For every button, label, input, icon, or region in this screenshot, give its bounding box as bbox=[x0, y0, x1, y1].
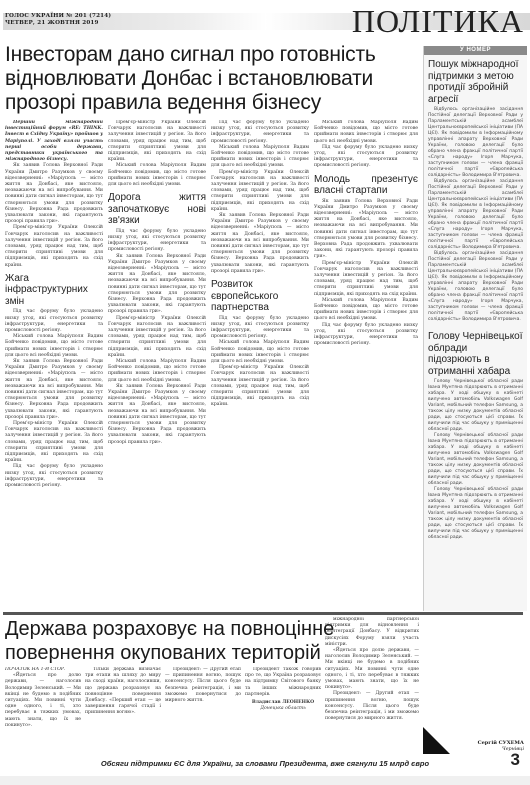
article-paragraph: Як заявив Голова Верховної Ради України … bbox=[108, 254, 206, 316]
article-paragraph: Міський голова Маріуполя Вадим Бойченко … bbox=[211, 145, 309, 170]
article-paragraph: Під час форуму було укладено низку угод,… bbox=[314, 323, 418, 348]
article-paragraph: «Йдеться про долю держави, — наголосив В… bbox=[5, 673, 81, 729]
article-paragraph: Під час форуму було укладено низку угод,… bbox=[5, 464, 103, 489]
sidebar-text: Голову Чернівецької обласної ради Івана … bbox=[424, 379, 527, 541]
article-paragraph: Прем'єр-міністр України Олексій Гончарук… bbox=[5, 225, 103, 268]
article-paragraph: Під час форуму було укладено низку угод,… bbox=[5, 309, 103, 334]
article-paragraph: Як заявив Голова Верховної Ради України … bbox=[314, 199, 418, 261]
sidebar-text: Відбулось організаційне засідання Постій… bbox=[424, 107, 527, 323]
article-paragraph: Під час форуму було укладено низку угод,… bbox=[108, 229, 206, 254]
footer-quote: Обсяги підтримки ЄС для України, за слов… bbox=[0, 759, 530, 768]
sidebar-tag: У НОМЕР bbox=[424, 46, 527, 55]
second-article-column-1: ПОЧАТОК НА 1-Й СТОР. «Йдеться про долю д… bbox=[5, 667, 81, 755]
article-paragraph: Як заявив Голова Верховної Ради України … bbox=[108, 384, 206, 446]
article-paragraph: Прем'єр-міністр України Олексій Гончарук… bbox=[211, 170, 309, 213]
subheading: Молодь презентує власні стартапи bbox=[314, 174, 418, 197]
masthead-info: ГОЛОС УКРАЇНИ № 201 (7214) ЧЕТВЕР, 21 ЖО… bbox=[3, 13, 268, 30]
article-paragraph: Міський голова Маріуполя Вадим Бойченко … bbox=[108, 359, 206, 384]
main-headline: Інвесторам дано сигнал про готовність ві… bbox=[5, 43, 415, 115]
sidebar-paragraph: Відбулось організаційне засідання Постій… bbox=[428, 107, 523, 179]
subheading: Жага інфраструктурних змін bbox=[5, 273, 103, 308]
section-divider bbox=[3, 612, 523, 615]
article-lead: Перший міжнародний інвестиційний форум «… bbox=[5, 120, 103, 163]
sidebar-headline: Голову Чернівецької облради підозрюють в… bbox=[424, 323, 527, 379]
second-article-column-4: Президент також говорив про те, що Украї… bbox=[245, 667, 321, 755]
article-paragraph: Під час форуму було укладено низку угод,… bbox=[211, 120, 309, 145]
second-article-column-3: Президент: — Другий етап — припинення во… bbox=[165, 667, 241, 755]
second-article-column-2: Тільки держава визначає три етапи на шля… bbox=[85, 667, 161, 755]
date-line: ЧЕТВЕР, 21 ЖОВТНЯ 2019 bbox=[3, 20, 268, 27]
article-paragraph: Міський голова Маріуполя Вадим Бойченко … bbox=[211, 340, 309, 365]
article-paragraph: Як заявив Голова Верховної Ради України … bbox=[5, 359, 103, 421]
article-paragraph: Міський голова Маріуполя Вадим Бойченко … bbox=[108, 163, 206, 188]
bottom-band bbox=[0, 776, 530, 785]
issue-line: ГОЛОС УКРАЇНИ № 201 (7214) bbox=[3, 13, 268, 20]
subheading: Дорога життя започатковує нові зв'язки bbox=[108, 192, 206, 227]
article-paragraph: Прем'єр-міністр України Олексій Гончарук… bbox=[211, 365, 309, 408]
subheading: Розвиток європейського партнерства bbox=[211, 279, 309, 314]
article-paragraph: Тільки держава визначає три етапи на шля… bbox=[85, 667, 161, 717]
byline-place: Донецька область bbox=[245, 706, 321, 712]
article-paragraph: Під час форуму було укладено низку угод,… bbox=[211, 316, 309, 341]
section-title: ПОЛІТИКА bbox=[352, 6, 524, 36]
article-paragraph: Міський голова Маріуполя Вадим Бойченко … bbox=[314, 298, 418, 323]
article-paragraph: міжнародної партнерської підтримки для в… bbox=[325, 617, 419, 648]
page-number: 3 bbox=[511, 750, 520, 770]
sidebar-in-this-issue: У НОМЕР Пошук міжнародної підтримки з ме… bbox=[423, 46, 527, 611]
sidebar-paragraph: Відбулось організаційне засідання Постій… bbox=[428, 179, 523, 251]
article-paragraph: Як заявив Голова Верховної Ради України … bbox=[5, 163, 103, 225]
article-paragraph: Президент: — Другий етап — припинення во… bbox=[165, 667, 241, 704]
second-article-column-5: міжнародної партнерської підтримки для в… bbox=[325, 617, 419, 755]
main-article-column-3: Під час форуму було укладено низку угод,… bbox=[211, 120, 309, 610]
article-paragraph: Прем'єр-міністр України Олексій Гончарук… bbox=[108, 316, 206, 359]
article-paragraph: Президент: — Другий етап — припинення во… bbox=[325, 691, 419, 722]
sidebar-paragraph: Голову Чернівецької обласної ради Івана … bbox=[428, 433, 523, 487]
sidebar-headline: Пошук міжнародної підтримки з метою прот… bbox=[424, 55, 527, 107]
main-article-column-1: Перший міжнародний інвестиційний форум «… bbox=[5, 120, 103, 610]
article-paragraph: Президент також говорив про те, що Украї… bbox=[245, 667, 321, 698]
page-corner-decoration bbox=[423, 727, 450, 754]
main-article-column-2: Прем'єр-міністр України Олексій Гончарук… bbox=[108, 120, 206, 610]
sidebar-paragraph: Голову Чернівецької обласної ради Івана … bbox=[428, 487, 523, 541]
article-paragraph: «Йдеться про долю держави, — наголосив В… bbox=[325, 648, 419, 691]
article-paragraph: Міський голова Маріуполя Вадим Бойченко … bbox=[314, 120, 418, 145]
article-paragraph: Прем'єр-міністр України Олексій Гончарук… bbox=[108, 120, 206, 163]
article-paragraph: Прем'єр-міністр України Олексій Гончарук… bbox=[5, 421, 103, 464]
article-paragraph: Прем'єр-міністр України Олексій Гончарук… bbox=[314, 261, 418, 298]
byline-name: Сергій СУХЕМА bbox=[478, 740, 524, 746]
sidebar-paragraph: Відбулось організаційне засідання Постій… bbox=[428, 251, 523, 323]
main-article-column-4: Міський голова Маріуполя Вадим Бойченко … bbox=[314, 120, 418, 610]
article-paragraph: Під час форуму було укладено низку угод,… bbox=[314, 145, 418, 170]
article-paragraph: Як заявив Голова Верховної Ради України … bbox=[211, 213, 309, 275]
sidebar-paragraph: Голову Чернівецької обласної ради Івана … bbox=[428, 379, 523, 433]
article-paragraph: Міський голова Маріуполя Вадим Бойченко … bbox=[5, 334, 103, 359]
